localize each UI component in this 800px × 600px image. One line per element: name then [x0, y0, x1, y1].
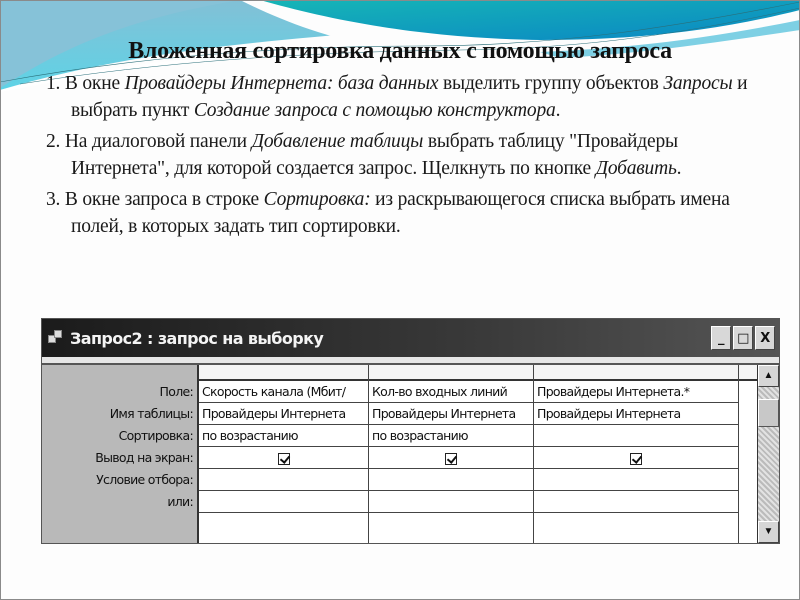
step-2: 2. На диалоговой панели Добавление табли…: [46, 128, 766, 182]
close-button[interactable]: X: [755, 326, 775, 350]
emphasized-term: Провайдеры Интернета: база данных: [125, 73, 439, 94]
grid-cell-table[interactable]: Провайдеры Интернета: [369, 403, 533, 425]
grid-cell-or[interactable]: [369, 491, 533, 513]
step-text: 3. В окне запроса в строке: [46, 189, 264, 210]
show-checkbox[interactable]: [278, 453, 290, 465]
grid-cell-criteria[interactable]: [534, 469, 738, 491]
grid-row-label: или:: [167, 491, 193, 513]
grid-cell-show[interactable]: [199, 447, 368, 469]
emphasized-term: Сортировка:: [264, 189, 371, 210]
query-design-grid: Скорость канала (Мбит/Провайдеры Интерне…: [197, 365, 759, 543]
grid-cell-or[interactable]: [199, 491, 368, 513]
query-design-grid-area: Поле:Имя таблицы:Сортировка:Вывод на экр…: [42, 365, 779, 543]
maximize-button[interactable]: □: [733, 326, 753, 350]
window-title: Запрос2 : запрос на выборку: [70, 329, 711, 348]
slide-title: Вложенная сортировка данных с помощью за…: [0, 38, 800, 65]
show-checkbox[interactable]: [630, 453, 642, 465]
emphasized-term: Создание запроса с помощью конструктора: [194, 100, 556, 121]
window-titlebar[interactable]: Запрос2 : запрос на выборку _ □ X: [42, 319, 779, 357]
grid-column: Провайдеры Интернета.*Провайдеры Интерне…: [534, 365, 739, 543]
grid-cell-show[interactable]: [369, 447, 533, 469]
step-1: 1. В окне Провайдеры Интернета: база дан…: [46, 70, 766, 124]
grid-column: Скорость канала (Мбит/Провайдеры Интерне…: [199, 365, 369, 543]
minimize-button[interactable]: _: [711, 326, 731, 350]
table-pane-splitter[interactable]: [42, 357, 779, 365]
emphasized-term: Добавление таблицы: [252, 131, 424, 152]
query-design-window: Запрос2 : запрос на выборку _ □ X Поле:И…: [41, 318, 780, 544]
grid-cell-criteria[interactable]: [369, 469, 533, 491]
grid-cell-table[interactable]: Провайдеры Интернета: [199, 403, 368, 425]
scroll-up-button[interactable]: ▲: [758, 365, 779, 387]
grid-cell-table[interactable]: Провайдеры Интернета: [534, 403, 738, 425]
grid-cell-sort[interactable]: по возрастанию: [199, 425, 368, 447]
grid-cell-field[interactable]: Кол-во входных линий: [369, 381, 533, 403]
grid-row-label: Вывод на экран:: [95, 447, 193, 469]
grid-row-label: Сортировка:: [119, 425, 193, 447]
emphasized-term: Запросы: [663, 73, 732, 94]
grid-cell-or[interactable]: [534, 491, 738, 513]
vertical-scrollbar[interactable]: ▲ ▼: [757, 365, 779, 543]
step-text: .: [556, 100, 561, 121]
grid-row-label: Поле:: [160, 381, 193, 403]
emphasized-term: Добавить: [596, 158, 677, 179]
step-text: .: [677, 158, 682, 179]
instruction-steps: 1. В окне Провайдеры Интернета: база дан…: [46, 70, 766, 240]
grid-row-label: Имя таблицы:: [110, 403, 193, 425]
grid-column: Кол-во входных линийПровайдеры Интернета…: [369, 365, 534, 543]
scroll-down-button[interactable]: ▼: [758, 521, 779, 543]
show-checkbox[interactable]: [445, 453, 457, 465]
scroll-thumb[interactable]: [758, 399, 779, 427]
step-text: 1. В окне: [46, 73, 125, 94]
grid-row-label: Условие отбора:: [96, 469, 193, 491]
grid-cell-field[interactable]: Провайдеры Интернета.*: [534, 381, 738, 403]
step-3: 3. В окне запроса в строке Сортировка: и…: [46, 186, 766, 240]
grid-cell-criteria[interactable]: [199, 469, 368, 491]
grid-cell-show[interactable]: [534, 447, 738, 469]
grid-row-labels: Поле:Имя таблицы:Сортировка:Вывод на экр…: [42, 365, 197, 543]
grid-cell-sort[interactable]: по возрастанию: [369, 425, 533, 447]
grid-cell-field[interactable]: Скорость канала (Мбит/: [199, 381, 368, 403]
step-text: 2. На диалоговой панели: [46, 131, 252, 152]
grid-cell-sort[interactable]: [534, 425, 738, 447]
step-text: выделить группу объектов: [438, 73, 663, 94]
query-icon: [48, 330, 64, 346]
